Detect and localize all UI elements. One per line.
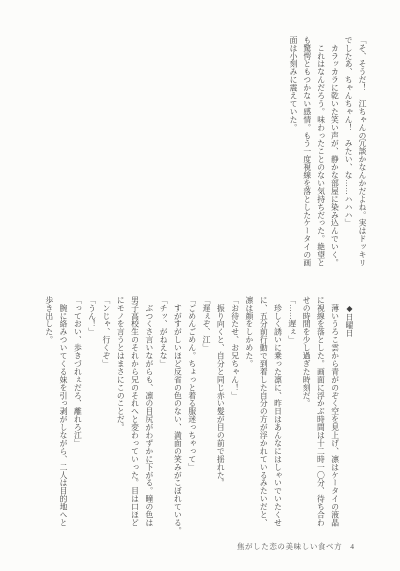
- book-page: 「そ、そうだ！ 江ちゃんの冗談かなんかだよね。実はドッキリ でしたあ、ちゃんちゃ…: [0, 0, 400, 571]
- text-line: カラッカラに乾いた笑い声が、静かな部屋に染み込んでいく。: [328, 36, 342, 270]
- text-line: にモノを言うとはまさにこのことだ。: [113, 296, 127, 526]
- text-line: でしたあ、ちゃんちゃん！ みたい、な……ハハハ」: [341, 36, 355, 270]
- text-line: 薄いうろこ雲から青がのぞく空を見上げ、凛はケータイの液晶: [327, 296, 341, 526]
- text-line: これはなんだろう。味わったことのない気持ちだった。絶望と: [314, 36, 328, 270]
- page-footer: 焦がした恋の美味しい食べ方 4: [237, 541, 354, 552]
- scene-end-text-block: 「そ、そうだ！ 江ちゃんの冗談かなんかだよね。実はドッキリ でしたあ、ちゃんちゃ…: [286, 36, 369, 270]
- text-line: 歩き出した。: [41, 296, 55, 526]
- text-line: 男子高校生のそれから兄のそれへと変わっていった。目は口ほど: [127, 296, 141, 526]
- text-line: 面は小刻みに震えていた。: [286, 36, 300, 270]
- section-header: ◆日曜日: [342, 296, 356, 526]
- text-line: せの時間を少し過ぎた時刻だ。: [299, 296, 313, 526]
- book-title: 焦がした恋の美味しい食べ方: [237, 541, 342, 552]
- text-line: 「ごめんごめん。ちょっと着る服迷っちゃって」: [184, 296, 198, 526]
- page-number: 4: [350, 542, 354, 551]
- text-line: 「ンじゃ、行くぞ」: [99, 296, 113, 526]
- scene-start-text-block: ◆日曜日 薄いうろこ雲から青がのぞく空を見上げ、凛はケータイの液晶 に視線を落と…: [41, 296, 356, 526]
- text-line: 凛は顔をしかめた。: [242, 296, 256, 526]
- text-line: 腕に絡みついてくる妹を引っ剥がしながら、二人は目的地へと: [56, 296, 70, 526]
- text-line: 「……遅ぇ」: [285, 296, 299, 526]
- text-line: すがすがしいほど反省の色のない、満面の笑みがこぼれている。: [170, 296, 184, 526]
- text-line: 「チッ、がねえな」: [156, 296, 170, 526]
- text-line: も驚愕ともつかない感情。もう一度視線を落としたケータイの画: [300, 36, 314, 270]
- text-line: ぶつくさ言いながらも、凛の目尻がわずかに下がる。瞳の色は: [142, 296, 156, 526]
- text-line: 振り向くと、自分と同じ赤い髪が目の前で揺れた。: [213, 296, 227, 526]
- text-line: 「うん！」: [84, 296, 98, 526]
- text-line: 「っておい、歩きづれぇだろ、離れろ江」: [70, 296, 84, 526]
- text-line: 「お待たせ、お兄ちゃん！」: [227, 296, 241, 526]
- text-line: 「遅ぇぞ、江」: [199, 296, 213, 526]
- text-line: 「そ、そうだ！ 江ちゃんの冗談かなんかだよね。実はドッキリ: [355, 36, 369, 270]
- text-line: に、五分前行動で到着した自分の方が浮かれているみたいだと、: [256, 296, 270, 526]
- text-line: に視線を落とした。画面に浮かぶ時間は十二時一〇分、待ち合わ: [313, 296, 327, 526]
- text-line: 珍しく誘いに乗った凛に、昨日はあんなにはしゃいでいたくせ: [270, 296, 284, 526]
